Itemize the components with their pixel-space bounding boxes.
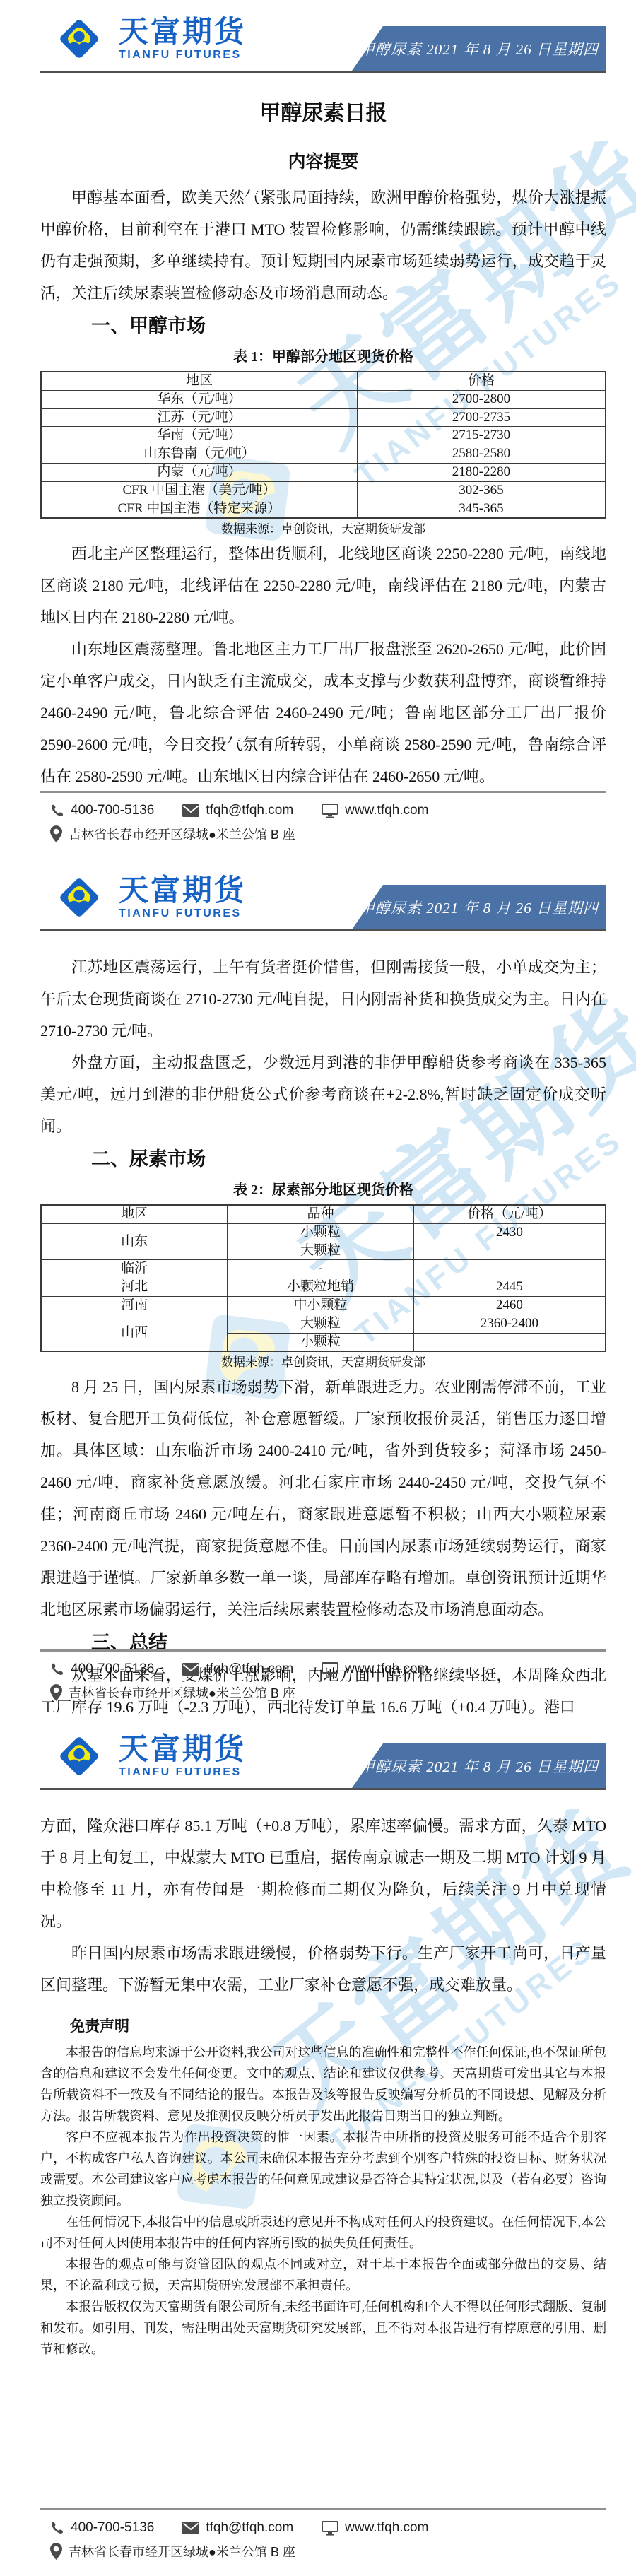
tianfu-logo-icon [49,8,110,69]
tianfu-logo-icon [49,1726,110,1787]
variety-cell: - [228,1260,414,1278]
email-icon [182,2522,199,2534]
website-icon [322,804,338,818]
table1-caption: 表 1：甲醇部分地区现货价格 [40,346,606,368]
date-banner-text: 甲醇尿素 2021 年 8 月 26 日星期四 [360,897,599,918]
price-cell: 302-365 [357,481,606,500]
table-row: 河北 小颗粒地销 2445 [41,1278,606,1297]
phone-icon [50,804,64,818]
price-cell: 2360-2400 [413,1315,606,1333]
disclaimer-heading: 免责声明 [40,2015,606,2036]
report-page-1: 天富期货 TIANFU FUTURES 天富期货 TIANFU FUTURES … [0,0,636,859]
company-logo: 天富期货 TIANFU FUTURES [49,1726,246,1787]
page-footer: 400-700-5136 tfqh@tfqh.com www.tfqh.com [40,1649,606,1702]
footer-email: tfqh@tfqh.com [206,2520,293,2536]
table-row: CFR 中国主港（美元/吨） 302-365 [41,481,606,500]
footer-phone: 400-700-5136 [71,803,154,818]
date-banner: 甲醇尿素 2021 年 8 月 26 日星期四 [352,885,606,929]
location-pin-icon [50,825,62,842]
date-banner: 甲醇尿素 2021 年 8 月 26 日星期四 [352,26,606,71]
region-cell: CFR 中国主港（特定来源） [41,500,357,518]
price-cell: 345-365 [357,500,606,518]
footer-website: www.tfqh.com [345,1662,428,1677]
table-row: 山东鲁南（元/吨） 2580-2580 [41,445,606,464]
email-icon [182,804,199,817]
region-cell: 华南（元/吨） [41,427,357,445]
column-header-price: 价格 [357,372,606,390]
page-header: 天富期货 TIANFU FUTURES 甲醇尿素 2021 年 8 月 26 日… [40,7,606,73]
section-heading-methanol: 一、甲醇市场 [40,309,606,343]
page-header: 天富期货 TIANFU FUTURES 甲醇尿素 2021 年 8 月 26 日… [40,866,606,931]
price-cell: 2430 [413,1223,606,1242]
tianfu-logo-icon [49,867,110,928]
footer-address: 吉林省长春市经开区绿城●米兰公馆 B 座 [69,1683,295,1702]
table-row: 华东（元/吨） 2700-2800 [41,390,606,408]
table-row: CFR 中国主港（特定来源） 345-365 [41,500,606,518]
brand-name-cn: 天富期货 [119,17,246,47]
report-page-2: 天富期货 TIANFU FUTURES 天富期货 TIANFU FUTURES … [0,859,636,1717]
region-cell: CFR 中国主港（美元/吨） [41,481,357,500]
website-icon [322,1662,338,1677]
summary-paragraph: 甲醇基本面看，欧美天然气紧张局面持续，欧洲甲醇价格强势，煤价大涨提振甲醇价格，目… [40,182,606,309]
region-cell: 内蒙（元/吨） [41,463,357,481]
price-cell: 2460 [413,1296,606,1315]
location-pin-icon [50,1684,62,1701]
methanol-paragraph-1: 西北主产区整理运行，整体出货顺利，北线地区商谈 2250-2280 元/吨，南线… [40,538,606,633]
price-cell [413,1260,606,1278]
price-cell [413,1333,606,1351]
table1-datasource: 数据来源：卓创资讯，天富期货研发部 [40,521,606,538]
date-banner: 甲醇尿素 2021 年 8 月 26 日星期四 [352,1743,606,1788]
company-logo: 天富期货 TIANFU FUTURES [49,867,246,928]
footer-website: www.tfqh.com [345,803,428,818]
table-row: 华南（元/吨） 2715-2730 [41,427,606,445]
variety-cell: 大颗粒 [228,1242,414,1260]
conclusion-paragraph-1b: 方面，隆众港口库存 85.1 万吨（+0.8 万吨），累库速率偏慢。需求方面，久… [40,1810,606,1937]
brand-name-cn: 天富期货 [119,876,246,905]
section-heading-urea: 二、尿素市场 [40,1142,606,1176]
urea-paragraph-1: 8 月 25 日，国内尿素市场弱势下滑，新单跟进乏力。农业刚需停滞不前，工业板材… [40,1371,606,1625]
variety-cell: 大颗粒 [228,1315,414,1333]
price-cell [413,1242,606,1260]
region-cell: 河南 [41,1296,228,1315]
price-cell: 2700-2800 [357,390,606,408]
variety-cell: 小颗粒地销 [228,1278,414,1297]
methanol-paragraph-3: 江苏地区震荡运行，上午有货者挺价惜售，但刚需接货一般，小单成交为主；午后太仓现货… [40,951,606,1047]
region-cell: 华东（元/吨） [41,390,357,408]
region-cell: 临沂 [41,1260,228,1278]
variety-cell: 小颗粒 [228,1223,414,1242]
disclaimer-paragraph-3: 在任何情况下,本报告中的信息或所表述的意见并不构成对任何人的投资建议。在任何情况… [40,2211,606,2254]
website-icon [322,2521,338,2536]
date-banner-text: 甲醇尿素 2021 年 8 月 26 日星期四 [360,38,599,59]
footer-website: www.tfqh.com [345,2520,428,2536]
price-cell: 2580-2580 [357,445,606,464]
region-cell: 江苏（元/吨） [41,408,357,427]
company-logo: 天富期货 TIANFU FUTURES [49,8,246,69]
table-header-row: 地区 价格 [41,372,606,390]
table-row: 山西 大颗粒 2360-2400 [41,1315,606,1333]
summary-heading: 内容提要 [40,148,606,173]
page-footer: 400-700-5136 tfqh@tfqh.com www.tfqh.com [40,2508,606,2560]
region-cell: 山东 [41,1223,228,1260]
table2-datasource: 数据来源：卓创资讯，天富期货研发部 [40,1354,606,1371]
footer-address: 吉林省长春市经开区绿城●米兰公馆 B 座 [69,825,295,843]
table-header-row: 地区 品种 价格（元/吨） [41,1205,606,1223]
footer-phone: 400-700-5136 [71,2520,154,2536]
table-row: 河南 中小颗粒 2460 [41,1296,606,1315]
brand-name-cn: 天富期货 [119,1734,246,1764]
variety-cell: 中小颗粒 [228,1296,414,1315]
price-cell: 2180-2280 [357,463,606,481]
methanol-paragraph-2: 山东地区震荡整理。鲁北地区主力工厂出厂报盘涨至 2620-2650 元/吨，此价… [40,633,606,792]
page-header: 天富期货 TIANFU FUTURES 甲醇尿素 2021 年 8 月 26 日… [40,1724,606,1790]
column-header-region: 地区 [41,372,357,390]
column-header-variety: 品种 [228,1205,414,1223]
conclusion-paragraph-2: 昨日国内尿素市场需求跟进缓慢，价格弱势下行。生产厂家开工尚可，日产量区间整理。下… [40,1937,606,2001]
table-row: 江苏（元/吨） 2700-2735 [41,408,606,427]
region-cell: 河北 [41,1278,228,1297]
disclaimer-paragraph-4: 本报告的观点可能与资管团队的观点不同或对立，对于基于本报告全面或部分做出的交易、… [40,2254,606,2296]
brand-name-en: TIANFU FUTURES [119,1767,246,1778]
brand-name-en: TIANFU FUTURES [119,49,246,61]
table-row: 临沂 - [41,1260,606,1278]
variety-cell: 小颗粒 [228,1333,414,1351]
disclaimer-paragraph-5: 本报告版权仅为天富期货有限公司所有,未经书面许可,任何机构和个人不得以任何形式翻… [40,2296,606,2360]
phone-icon [50,2521,64,2535]
footer-email: tfqh@tfqh.com [206,1662,293,1677]
brand-name-en: TIANFU FUTURES [119,908,246,919]
methanol-price-table: 地区 价格 华东（元/吨） 2700-2800 江苏（元/吨） 2700-273… [40,371,606,519]
location-pin-icon [50,2543,62,2560]
page-footer: 400-700-5136 tfqh@tfqh.com www.tfqh.com [40,791,606,843]
price-cell: 2700-2735 [357,408,606,427]
methanol-paragraph-4: 外盘方面，主动报盘匮乏，少数远月到港的非伊甲醇船货参考商谈在 335-365 美… [40,1047,606,1142]
price-cell: 2445 [413,1278,606,1297]
date-banner-text: 甲醇尿素 2021 年 8 月 26 日星期四 [360,1755,599,1777]
column-header-price: 价格（元/吨） [413,1205,606,1223]
footer-phone: 400-700-5136 [71,1662,154,1677]
report-page-3: 天富期货 TIANFU FUTURES 天富期货 TIANFU FUTURES … [0,1717,636,2576]
region-cell: 山东鲁南（元/吨） [41,445,357,464]
disclaimer-paragraph-1: 本报告的信息均来源于公开资料,我公司对这些信息的准确性和完整性不作任何保证,也不… [40,2042,606,2127]
table-row: 山东 小颗粒 2430 [41,1223,606,1242]
phone-icon [50,1662,64,1676]
table-row: 内蒙（元/吨） 2180-2280 [41,463,606,481]
column-header-region: 地区 [41,1205,228,1223]
disclaimer-paragraph-2: 客户不应视本报告为作出投资决策的惟一因素。本报告中所指的投资及服务可能不适合个别… [40,2127,606,2211]
footer-email: tfqh@tfqh.com [206,803,293,818]
footer-address: 吉林省长春市经开区绿城●米兰公馆 B 座 [69,2542,295,2560]
table2-caption: 表 2：尿素部分地区现货价格 [40,1179,606,1201]
document-title: 甲醇尿素日报 [40,95,606,127]
email-icon [182,1663,199,1676]
urea-price-table: 地区 品种 价格（元/吨） 山东 小颗粒 2430 大颗粒 临沂 - 河北 小颗… [40,1204,606,1352]
price-cell: 2715-2730 [357,427,606,445]
region-cell: 山西 [41,1315,228,1351]
